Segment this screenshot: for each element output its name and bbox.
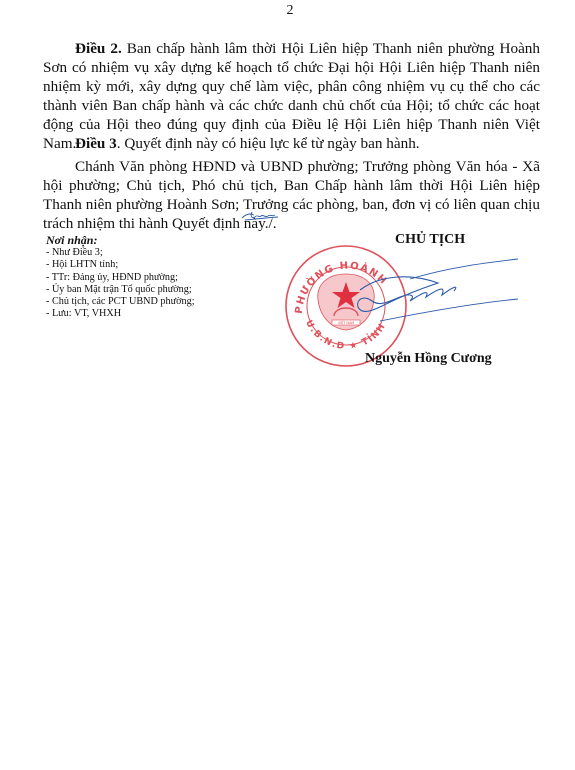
article-2-label: Điều 2.: [75, 40, 122, 57]
recipients-block: Nơi nhận: - Như Điều 3;- Hội LHTN tỉnh;-…: [46, 233, 195, 321]
article-3: Điều 3. Quyết định này có hiệu lực kể từ…: [43, 134, 540, 153]
execution-paragraph: Chánh Văn phòng HĐND và UBND phường; Trư…: [43, 157, 540, 233]
initials-mark: [240, 208, 280, 224]
recipient-item: - Ủy ban Mặt trận Tổ quốc phường;: [46, 284, 195, 296]
recipient-item: - TTr: Đảng ủy, HĐND phường;: [46, 272, 195, 284]
handwritten-signature: [350, 255, 520, 325]
execution-text: Chánh Văn phòng HĐND và UBND phường; Trư…: [43, 157, 540, 233]
signer-name: Nguyễn Hồng Cương: [365, 351, 492, 367]
recipients-title: Nơi nhận:: [46, 233, 195, 247]
signer-title: CHỦ TỊCH: [395, 232, 465, 248]
recipient-item: - Chủ tịch, các PCT UBND phường;: [46, 296, 195, 308]
page-number: 2: [0, 3, 575, 19]
recipient-item: - Lưu: VT, VHXH: [46, 308, 195, 320]
recipient-item: - Như Điều 3;: [46, 247, 195, 259]
article-3-text: . Quyết định này có hiệu lực kể từ ngày …: [117, 135, 420, 152]
article-3-label: Điều 3: [75, 135, 117, 152]
recipient-item: - Hội LHTN tỉnh;: [46, 259, 195, 271]
recipients-list: - Như Điều 3;- Hội LHTN tỉnh;- TTr: Đảng…: [46, 247, 195, 321]
